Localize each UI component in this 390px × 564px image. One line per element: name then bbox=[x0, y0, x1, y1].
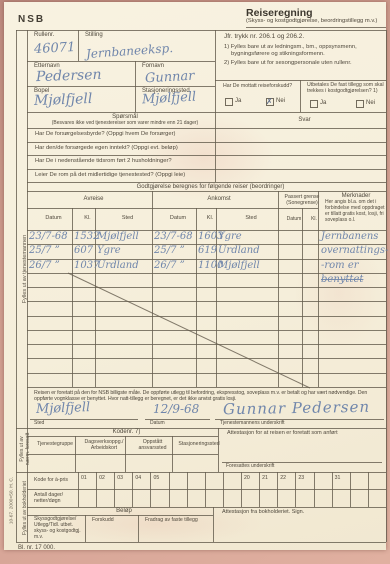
travel-entry-dep_sted: Mjølfjell bbox=[97, 231, 139, 242]
arr-sted-header: Sted bbox=[220, 215, 282, 221]
forskudd-nei-checkbox: ✗ bbox=[266, 98, 274, 106]
grid-line bbox=[27, 182, 386, 183]
grid-line bbox=[386, 30, 387, 542]
skyssgodtgjorelse-label: Skyssgodtgjørelse/ Utlegg/Tidl. utbet. s… bbox=[34, 517, 88, 541]
grid-line bbox=[16, 428, 386, 429]
grid-line bbox=[246, 27, 386, 28]
travel-entry-arr_kl: 619 bbox=[198, 245, 217, 256]
grid-line bbox=[218, 428, 219, 472]
travel-entry-dep_kl: 607 bbox=[74, 245, 93, 256]
grid-line bbox=[350, 472, 351, 507]
code-cell: 01 bbox=[81, 475, 87, 481]
travel-entry-dep_kl: 1037 bbox=[74, 260, 99, 271]
forskudd-ja-checkbox bbox=[225, 98, 233, 106]
grid-line bbox=[96, 472, 97, 507]
reiseforskudd-question: Har De mottatt reiseforskudd? bbox=[223, 83, 301, 89]
travel-entry-arr_sted: Mjølfjell bbox=[218, 260, 260, 271]
travel-entry-dep_sted: Ygre bbox=[97, 245, 121, 256]
grense-kl-header: Kl. bbox=[306, 217, 322, 223]
grid-line bbox=[27, 330, 386, 331]
grid-line bbox=[259, 472, 260, 507]
grid-line bbox=[27, 112, 386, 113]
dato-label: Datum bbox=[150, 421, 165, 427]
grid-line bbox=[27, 61, 215, 62]
grid-line bbox=[332, 472, 333, 507]
travel-entry-merk: benyttet bbox=[321, 274, 363, 285]
stilling-value: Jernbaneeksp. bbox=[86, 41, 174, 61]
print-code: 10-67. 2000×50. H. C. bbox=[10, 464, 15, 538]
code-cell: 05 bbox=[153, 475, 159, 481]
fornavn-label: Fornavn bbox=[142, 63, 164, 70]
grid-line bbox=[138, 515, 139, 542]
grid-line bbox=[27, 344, 386, 345]
travel-entry-arr_sted: Urdland bbox=[218, 245, 260, 256]
grid-line bbox=[368, 472, 369, 507]
travel-entry-arr_sted: Ygre bbox=[218, 231, 242, 242]
dep-datum-header: Datum bbox=[31, 215, 76, 221]
bopel-value: Mjølfjell bbox=[34, 91, 93, 109]
grid-line bbox=[27, 208, 318, 209]
foresatt-underskrift-label: Foresattes underskrift bbox=[226, 464, 274, 470]
fradrag-label: Fradrag av faste tillegg bbox=[145, 517, 198, 523]
grid-line bbox=[27, 316, 386, 317]
scanned-form: NSB Reiseregning (Skyss- og kostgodtgjør… bbox=[0, 0, 390, 564]
footnote-1: 1) Fylles bare ut av ledningsm., bm., op… bbox=[224, 44, 390, 58]
grid-line bbox=[135, 61, 136, 112]
grid-line bbox=[27, 142, 386, 143]
travel-entry-merk: Jernbanens bbox=[321, 231, 378, 242]
grid-line bbox=[222, 462, 382, 463]
dep-sted-header: Sted bbox=[99, 215, 156, 221]
grid-line bbox=[187, 472, 188, 507]
grid-line bbox=[172, 436, 173, 472]
check-mark-icon: ✗ bbox=[266, 97, 273, 106]
grid-line bbox=[215, 112, 216, 182]
grid-line bbox=[27, 128, 386, 129]
grid-line bbox=[30, 419, 138, 420]
grid-line bbox=[72, 208, 73, 387]
sporsmal-header-note: (Besvares ikke ved tjenestereiser som va… bbox=[31, 121, 219, 127]
travel-entry-dep_kl: 1532 bbox=[74, 231, 99, 242]
attest-bokholderi-label: Attestasjon fra bokholderiet. Sign. bbox=[222, 509, 304, 515]
travel-entry-arr_date: 25/7 ” bbox=[154, 245, 185, 256]
code-cell: 03 bbox=[117, 475, 123, 481]
grid-line bbox=[27, 155, 386, 156]
grid-line bbox=[152, 191, 153, 387]
svar-header: Svar bbox=[219, 117, 390, 124]
stilling-label: Stilling bbox=[85, 32, 103, 39]
grid-line bbox=[213, 507, 214, 542]
grid-line bbox=[27, 515, 213, 516]
travel-entry-dep_sted: Urdland bbox=[97, 260, 139, 271]
grid-line bbox=[27, 86, 215, 87]
grid-line bbox=[215, 419, 384, 420]
grid-line bbox=[241, 472, 242, 507]
grid-line bbox=[27, 358, 386, 359]
fornavn-value: Gunnar bbox=[145, 69, 195, 87]
grid-line bbox=[27, 373, 386, 374]
attest-reise-text: Attestasjon for at reisen er foretatt so… bbox=[227, 430, 387, 436]
tillegg-nei-label: Nei bbox=[366, 100, 375, 107]
grid-line bbox=[27, 507, 386, 508]
rullenr-value: 46071 bbox=[34, 40, 76, 57]
grid-line bbox=[295, 472, 296, 507]
grid-line bbox=[314, 472, 315, 507]
question-row: Har De forsørgelsesbyrde? (Oppgi hvem De… bbox=[35, 131, 175, 138]
grid-line bbox=[300, 80, 301, 112]
travel-entry-dep_date: 25/7 ” bbox=[29, 245, 60, 256]
merknader-note: Her angis bl.a. om det i forbindelse med… bbox=[325, 200, 387, 224]
dagsverk-header: Dagsverksoppg./ Arbeidskort bbox=[79, 439, 129, 451]
fast-tillegg-question: Utbetales De fast tillegg som skal trekk… bbox=[307, 82, 387, 94]
grid-line bbox=[132, 472, 133, 507]
grid-line bbox=[27, 387, 386, 388]
question-row: Har De i nedenstående tidsrom ført 2 hus… bbox=[35, 158, 172, 165]
stasjoneringssted-value: Mjølfjell bbox=[142, 90, 197, 108]
kode-pris-label: Kode for à-pris bbox=[34, 477, 80, 483]
travel-entry-merk: -rom er bbox=[321, 260, 359, 271]
tjenestegruppe-header: Tjenestegruppe bbox=[31, 441, 79, 447]
antall-dager-label: Antall dager/ netter/døgn bbox=[34, 492, 80, 504]
grid-line bbox=[75, 436, 76, 472]
grid-line bbox=[85, 515, 86, 542]
code-cell: 22 bbox=[280, 475, 286, 481]
travel-entry-dep_date: 26/7 ” bbox=[29, 260, 60, 271]
grid-line bbox=[125, 436, 126, 472]
declaration-sted-value: Mjølfjell bbox=[36, 400, 91, 417]
sted-label: Sted bbox=[34, 421, 44, 427]
footnote-2: 2) Fylles bare ut for sesongpersonale ut… bbox=[224, 60, 390, 67]
code-cell: 31 bbox=[335, 475, 341, 481]
question-row: Har den/de forsørgede egen inntekt? (Opp… bbox=[35, 145, 178, 152]
underskrift-label: Tjenestemannens underskrift bbox=[220, 421, 284, 427]
ansvarssted-header: Oppstått ansvarssted bbox=[129, 439, 176, 451]
grid-line bbox=[27, 30, 28, 542]
grid-line bbox=[318, 191, 319, 387]
etternavn-value: Pedersen bbox=[36, 67, 102, 85]
grid-line bbox=[27, 454, 218, 455]
grid-line bbox=[196, 208, 197, 387]
grid-line bbox=[169, 472, 170, 507]
grense-header-2: (Sonegrense) bbox=[282, 200, 322, 206]
grid-line bbox=[278, 191, 279, 387]
travel-table-title: Godtgjørelse beregnes for følgende reise… bbox=[31, 184, 390, 191]
grid-line bbox=[16, 30, 17, 542]
arr-datum-header: Datum bbox=[156, 215, 200, 221]
code-cell: 20 bbox=[244, 475, 250, 481]
code-cell: 02 bbox=[99, 475, 105, 481]
tillegg-ja-checkbox bbox=[310, 100, 318, 108]
grid-line bbox=[114, 472, 115, 507]
ankomst-header: Ankomst bbox=[156, 196, 282, 203]
avreise-header: Avreise bbox=[31, 196, 156, 203]
travel-entry-dep_date: 23/7-68 bbox=[29, 231, 68, 242]
grid-line bbox=[16, 542, 386, 543]
tillegg-nei-checkbox bbox=[356, 100, 364, 108]
forskudd-nei-label: Nei bbox=[276, 98, 285, 105]
forskudd-ja-label: Ja bbox=[235, 98, 241, 105]
grid-line bbox=[215, 30, 216, 112]
declaration-dato-value: 12/9-68 bbox=[153, 402, 199, 416]
arr-kl-header: Kl. bbox=[200, 215, 220, 221]
margin-label-foresatt: Fylles ut av nærm. foresatt bbox=[19, 427, 31, 471]
grid-line bbox=[16, 30, 386, 31]
grid-line bbox=[78, 472, 79, 507]
page-subtitle: (Skyss- og kostgodtgjørelse, beordringst… bbox=[246, 18, 377, 25]
grid-line bbox=[145, 419, 210, 420]
grid-line bbox=[27, 301, 386, 302]
grid-line bbox=[302, 208, 303, 387]
tillegg-ja-label: Ja bbox=[320, 100, 326, 107]
rullenr-label: Rullenr. bbox=[34, 32, 54, 39]
grid-line bbox=[27, 169, 386, 170]
question-row: Leier De rom på det midlertidige tjenest… bbox=[35, 172, 185, 179]
travel-entry-arr_date: 26/7 ” bbox=[154, 260, 185, 271]
grid-line bbox=[27, 436, 218, 437]
grid-line bbox=[223, 472, 224, 507]
nsb-logo: NSB bbox=[18, 14, 45, 26]
employee-signature: Gunnar Pedersen bbox=[223, 398, 370, 419]
blankett-number: Bl. nr. 17 000. bbox=[18, 545, 55, 552]
forskudd-label: Forskudd bbox=[92, 517, 114, 523]
paper-sheet: NSB Reiseregning (Skyss- og kostgodtgjør… bbox=[4, 2, 386, 550]
reference-note: Jfr. trykk nr. 206.1 og 206.2. bbox=[224, 33, 304, 41]
grid-line bbox=[78, 30, 79, 61]
travel-entry-arr_date: 23/7-68 bbox=[154, 231, 193, 242]
grid-line bbox=[16, 472, 386, 473]
code-cell: 23 bbox=[298, 475, 304, 481]
grid-line bbox=[205, 472, 206, 507]
code-cell: 04 bbox=[135, 475, 141, 481]
grid-line bbox=[27, 287, 386, 288]
grid-line bbox=[150, 472, 151, 507]
travel-entry-merk: overnattings- bbox=[321, 245, 388, 256]
grid-line bbox=[277, 472, 278, 507]
stasjoneringssted-header: Stasjoneringssted bbox=[176, 441, 222, 447]
grid-line bbox=[27, 191, 386, 192]
code-cell: 21 bbox=[262, 475, 268, 481]
